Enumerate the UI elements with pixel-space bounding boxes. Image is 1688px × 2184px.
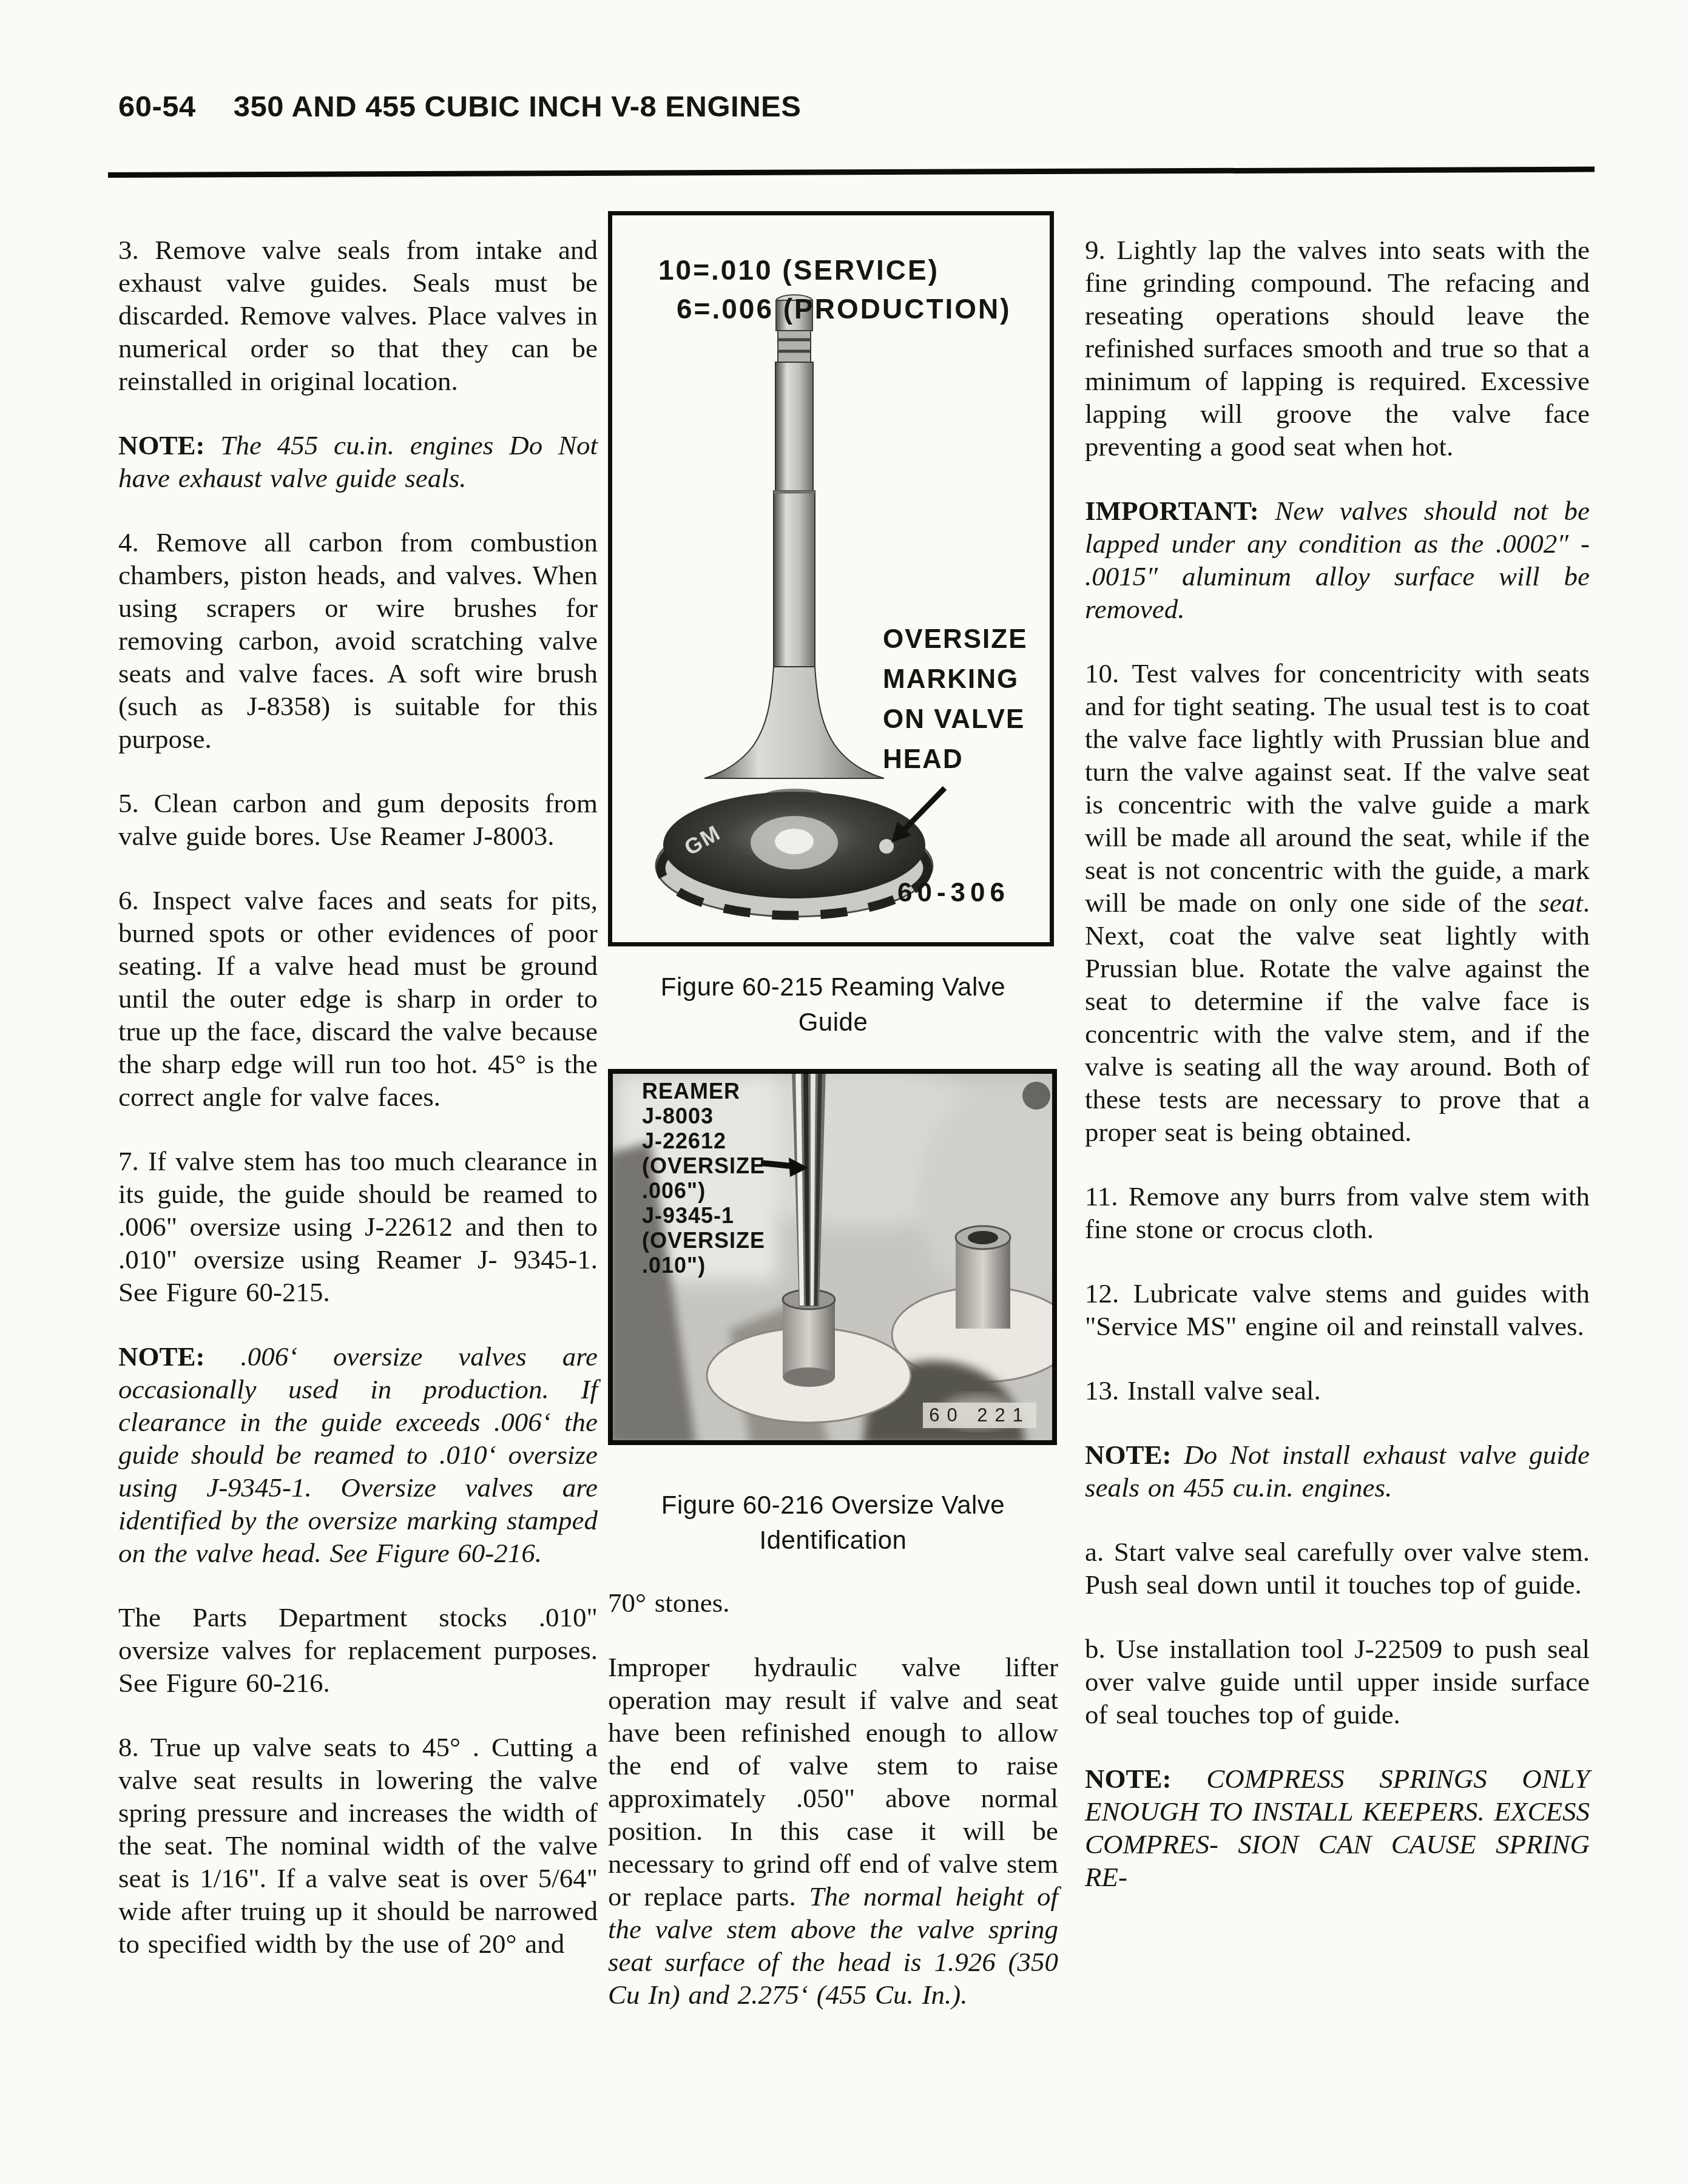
text-segment: 11. Remove any burrs from valve stem wit… [1085,1181,1590,1244]
paragraph: 4. Remove all carbon from combustion cha… [118,526,598,755]
paragraph: 3. Remove valve seals from intake and ex… [118,234,598,397]
left-column: 3. Remove valve seals from intake and ex… [118,234,598,1960]
text-segment: 5. Clean carbon and gum deposits from va… [118,788,598,851]
text-segment: 9. Lightly lap the valves into seats wit… [1085,235,1590,462]
text-segment: b. Use installation tool J-22509 to push… [1085,1634,1590,1730]
text-segment: IMPORTANT: [1085,496,1275,526]
text-segment: NOTE: [118,430,220,460]
oversize-marking-annotation: OVERSIZE MARKING ON VALVE HEAD [883,619,1047,780]
page-header: 60-54 350 AND 455 CUBIC INCH V-8 ENGINES [118,90,801,124]
right-column: 9. Lightly lap the valves into seats wit… [1085,234,1590,1893]
text-segment: The Parts Department stocks .010" oversi… [118,1602,598,1698]
paragraph: 11. Remove any burrs from valve stem wit… [1085,1180,1590,1245]
paragraph: NOTE: .006‘ oversize valves are occasion… [118,1340,598,1569]
text-segment: 7. If valve stem has too much clearance … [118,1146,598,1307]
paragraph: 13. Install valve seal. [1085,1374,1590,1407]
text-segment: . Next, coat the valve seat lightly with… [1085,888,1590,1147]
valve-drawing: GM [656,295,933,917]
figure-60-215-caption: Figure 60-215 Reaming Valve Guide [608,969,1058,1040]
callout-line-service: 10=.010 (SERVICE) [658,251,1011,289]
text-segment: 10. Test valves for concentricity with s… [1085,658,1590,918]
paragraph: NOTE: The 455 cu.in. engines Do Not have… [118,429,598,494]
paragraph: a. Start valve seal carefully over valve… [1085,1535,1590,1601]
paragraph: 8. True up valve seats to 45° . Cutting … [118,1731,598,1960]
paragraph: 5. Clean carbon and gum deposits from va… [118,787,598,852]
paragraph: IMPORTANT: New valves should not be lapp… [1085,494,1590,625]
paragraph: NOTE: COMPRESS SPRINGS ONLY ENOUGH TO IN… [1085,1762,1590,1893]
text-segment: 6. Inspect valve faces and seats for pit… [118,885,598,1112]
figure-60-216-caption: Figure 60-216 Oversize Valve Identificat… [608,1488,1058,1558]
text-segment: NOTE: [1085,1440,1184,1470]
text-segment: a. Start valve seal carefully over valve… [1085,1537,1590,1600]
oversize-callout: 10=.010 (SERVICE) 6=.006 (PRODUCTION) [658,251,1011,328]
page-number: 60-54 [118,90,196,124]
paragraph: The Parts Department stocks .010" oversi… [118,1601,598,1699]
text-segment: NOTE: [118,1341,240,1372]
paragraph: 12. Lubricate valve stems and guides wit… [1085,1277,1590,1343]
text-segment: 70° stones. [608,1588,730,1618]
figure-60-215: GM 10=.010 (SERVICE) 6=.006 (PRODUCTION)… [608,211,1054,946]
paragraph: 70° stones. [608,1586,1058,1619]
paragraph: Improper hydraulic valve lifter operatio… [608,1651,1058,2011]
text-segment: Improper hydraulic valve lifter operatio… [608,1652,1058,1912]
page-title: 350 AND 455 CUBIC INCH V-8 ENGINES [234,90,802,124]
text-segment: NOTE: [1085,1764,1206,1794]
text-segment: 12. Lubricate valve stems and guides wit… [1085,1278,1590,1341]
paragraph: 9. Lightly lap the valves into seats wit… [1085,234,1590,463]
paragraph: NOTE: Do Not install exhaust valve guide… [1085,1438,1590,1504]
text-segment: .006‘ oversize valves are occasionally u… [118,1341,598,1568]
text-segment: 4. Remove all carbon from combustion cha… [118,527,598,754]
text-segment: 13. Install valve seal. [1085,1375,1321,1406]
paragraph: 7. If valve stem has too much clearance … [118,1145,598,1309]
manual-page: 60-54 350 AND 455 CUBIC INCH V-8 ENGINES… [0,0,1688,2184]
middle-column: 70° stones.Improper hydraulic valve lift… [608,1586,1058,2011]
illustration-number: 60-306 [897,878,1010,908]
text-segment: 8. True up valve seats to 45° . Cutting … [118,1732,598,1959]
photo-number: 60 221 [923,1403,1036,1428]
callout-line-production: 6=.006 (PRODUCTION) [677,289,1011,328]
figure-60-216: REAMER J-8003 J-22612 (OVERSIZE .006") J… [608,1069,1057,1445]
text-segment: 3. Remove valve seals from intake and ex… [118,235,598,396]
header-rule [108,167,1595,178]
paragraph: 10. Test valves for concentricity with s… [1085,657,1590,1148]
text-segment: seat [1539,888,1583,918]
paragraph: b. Use installation tool J-22509 to push… [1085,1633,1590,1731]
paragraph: 6. Inspect valve faces and seats for pit… [118,884,598,1113]
reamer-labels: REAMER J-8003 J-22612 (OVERSIZE .006") J… [642,1079,765,1278]
